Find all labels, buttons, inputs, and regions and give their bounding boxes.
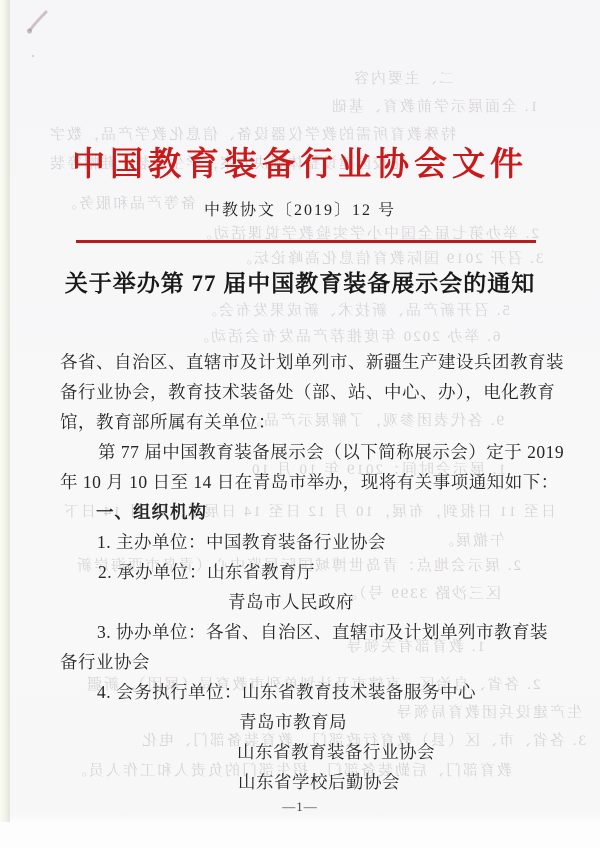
notice-title: 关于举办第 77 届中国教育装备展示会的通知 <box>0 265 600 298</box>
pen-mark <box>20 4 70 64</box>
bleedthrough-text: 二、主要内容 <box>352 72 454 87</box>
body-line: 青岛市教育局 <box>58 707 546 737</box>
body-line: 4. 会务执行单位：山东省教育技术装备服务中心 <box>58 677 546 707</box>
scanned-document-page: 二、主要内容1. 全面展示学前教育、基础特殊教育所需的教学仪器设备、信息化教学产… <box>0 0 600 848</box>
scan-bottom-strip <box>0 822 600 848</box>
body-line: 年 10 月 10 日至 14 日在青岛市举办，现将有关事项通知如下： <box>58 467 546 497</box>
body-line: 馆，教育部所属有关单位： <box>58 407 546 437</box>
body-line: 山东省教育装备行业协会 <box>58 737 546 767</box>
body-line: 1. 主办单位：中国教育装备行业协会 <box>58 527 546 557</box>
scan-edge-strip <box>0 0 10 848</box>
notice-body: 各省、自治区、直辖市及计划单列市、新疆生产建设兵团教育装 备行业协会，教育技术装… <box>58 347 546 797</box>
document-number: 中教协文〔2019〕12 号 <box>0 197 600 220</box>
body-line: 各省、自治区、直辖市及计划单列市、新疆生产建设兵团教育装 <box>58 347 546 377</box>
body-section-heading: 一、组织机构 <box>58 497 546 527</box>
body-line: 备行业协会，教育技术装备处（部、站、中心、办），电化教育 <box>58 377 546 407</box>
body-line: 第 77 届中国教育装备展示会（以下简称展示会）定于 2019 <box>58 437 546 467</box>
bleedthrough-text: 6. 举办 2020 年度推荐产品发布会活动。 <box>192 330 501 345</box>
bleedthrough-text: 1. 全面展示学前教育、基础 <box>330 100 538 115</box>
body-line: 山东省学校后勤协会 <box>58 767 546 797</box>
body-line: 2. 承办单位：山东省教育厅 <box>58 557 546 587</box>
body-line: 青岛市人民政府 <box>58 587 546 617</box>
page-number: —1— <box>0 799 600 815</box>
bleedthrough-text: 5. 召开新产品、新技术、新成果发布会。 <box>200 304 510 319</box>
association-header-title: 中国教育装备行业协会文件 <box>0 138 600 185</box>
body-line: 3. 协办单位：各省、自治区、直辖市及计划单列市教育装 <box>58 617 546 647</box>
body-line: 备行业协会 <box>58 647 546 677</box>
red-divider-line <box>76 240 536 243</box>
